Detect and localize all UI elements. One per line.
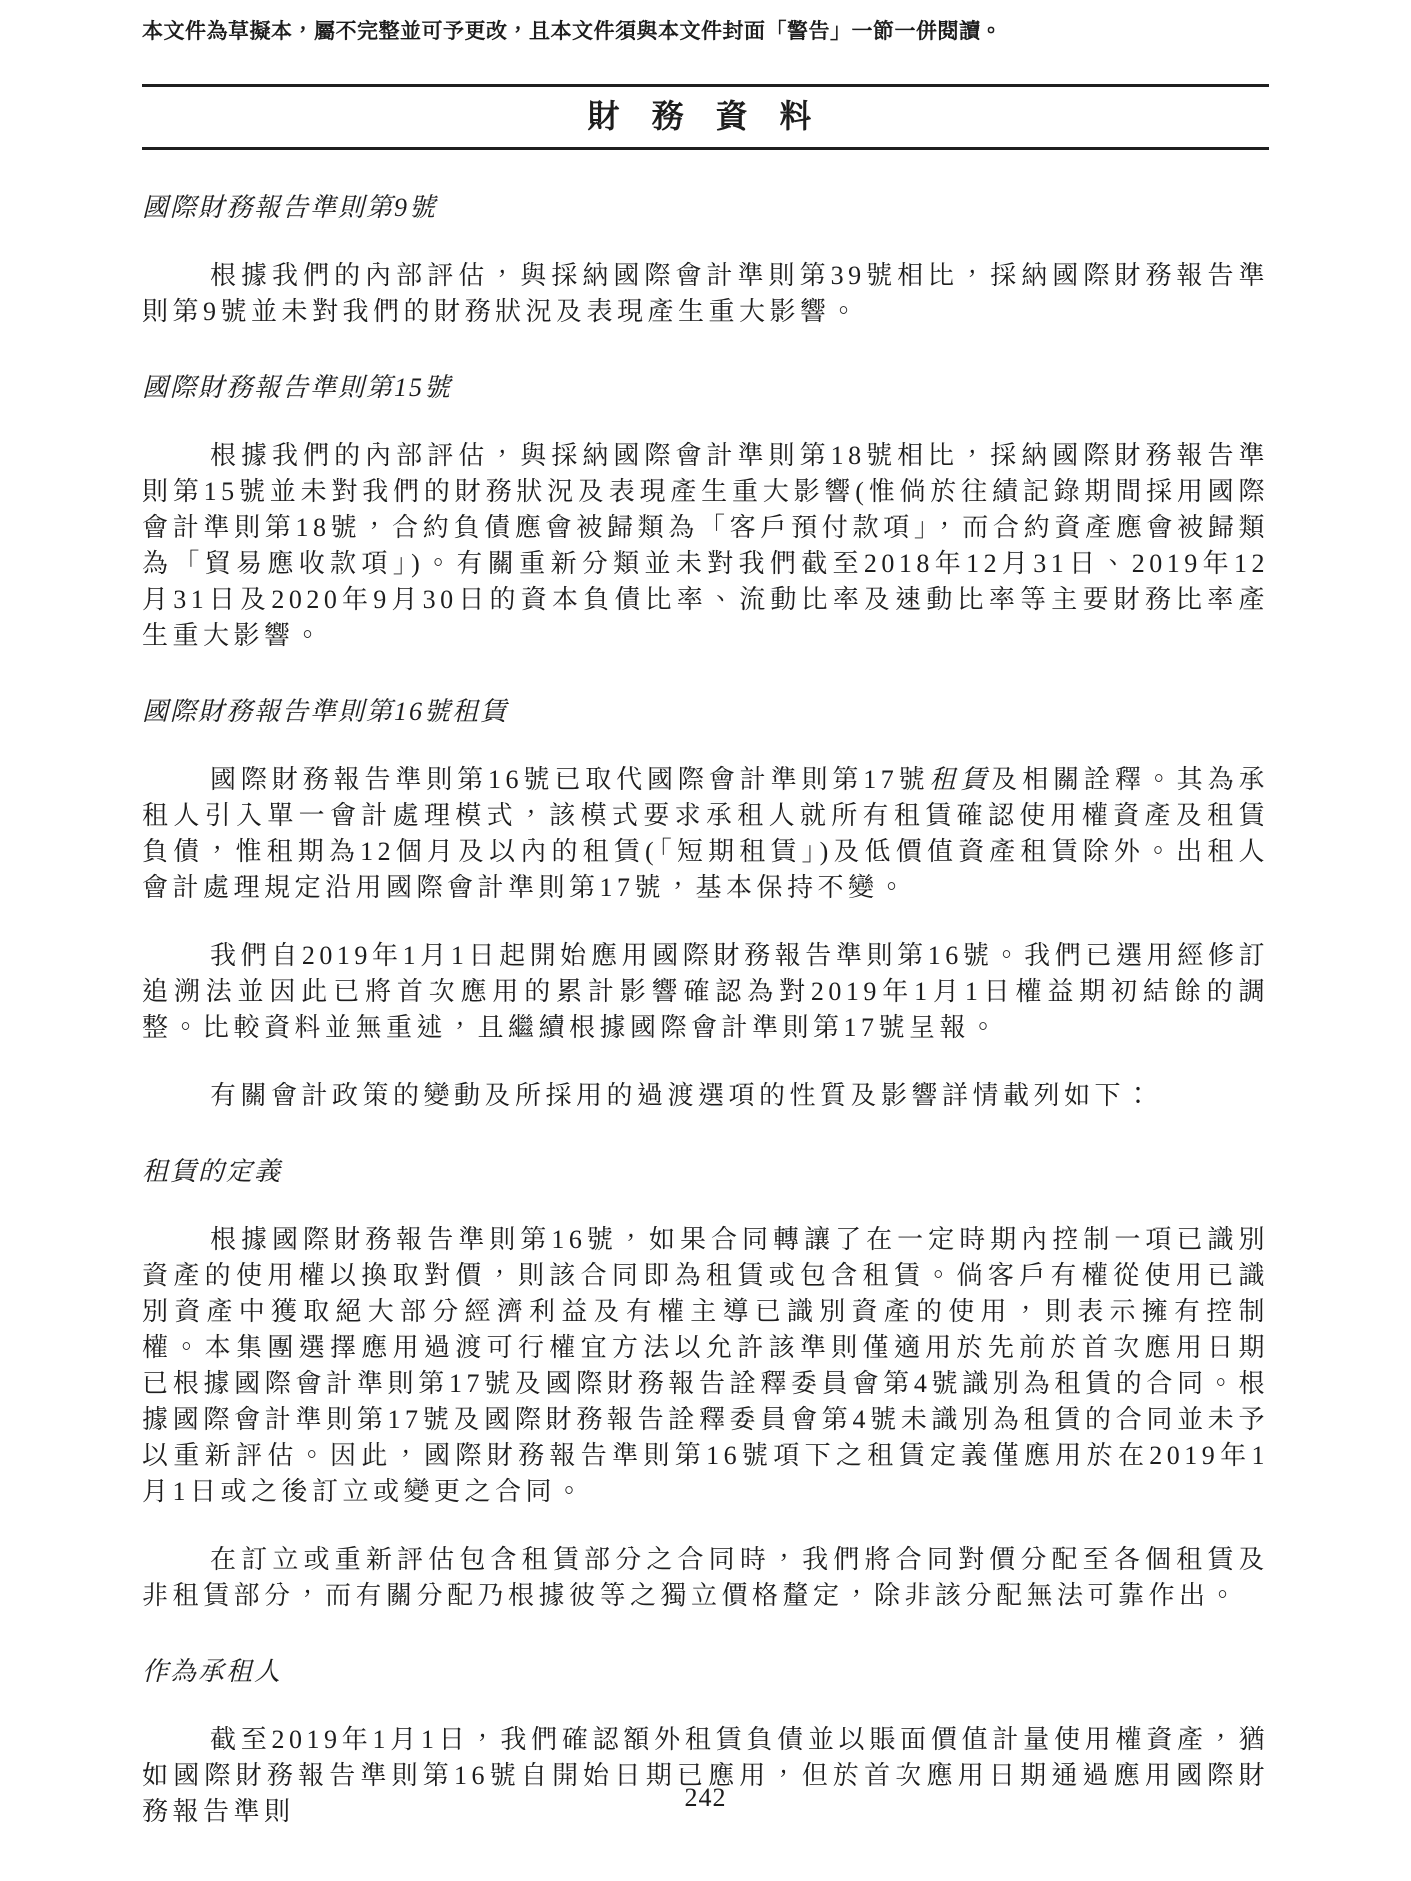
section-ifrs9: 國際財務報告準則第9號 根據我們的內部評估，與採納國際會計準則第39號相比，採納…: [142, 190, 1269, 330]
paragraph: 在訂立或重新評估包含租賃部分之合同時，我們將合同對價分配至各個租賃及非租賃部分，…: [142, 1542, 1269, 1614]
section-heading-ifrs15: 國際財務報告準則第15號: [142, 370, 1269, 406]
paragraph-text: 國際財務報告準則第16號已取代國際會計準則第17號: [210, 765, 930, 794]
section-heading-ifrs16: 國際財務報告準則第16號租賃: [142, 694, 1269, 730]
draft-disclaimer-notice: 本文件為草擬本，屬不完整並可予更改，且本文件須與本文件封面「警告」一節一併閱讀。: [142, 16, 1269, 46]
section-heading-ifrs9: 國際財務報告準則第9號: [142, 190, 1269, 226]
title-block: 財 務 資 料: [142, 84, 1269, 150]
paragraph: 根據我們的內部評估，與採納國際會計準則第18號相比，採納國際財務報告準則第15號…: [142, 438, 1269, 654]
page-title: 財 務 資 料: [142, 96, 1269, 136]
section-lease-definition: 租賃的定義 根據國際財務報告準則第16號，如果合同轉讓了在一定時期內控制一項已識…: [142, 1154, 1269, 1614]
paragraph: 我們自2019年1月1日起開始應用國際財務報告準則第16號。我們已選用經修訂追溯…: [142, 938, 1269, 1046]
section-heading-lease-definition: 租賃的定義: [142, 1154, 1269, 1190]
document-page: 本文件為草擬本，屬不完整並可予更改，且本文件須與本文件封面「警告」一節一併閱讀。…: [0, 0, 1411, 1881]
paragraph: 根據我們的內部評估，與採納國際會計準則第39號相比，採納國際財務報告準則第9號並…: [142, 258, 1269, 330]
paragraph: 根據國際財務報告準則第16號，如果合同轉讓了在一定時期內控制一項已識別資產的使用…: [142, 1222, 1269, 1510]
page-number: 242: [0, 1783, 1411, 1813]
standard-name-italic: 租賃: [930, 765, 992, 794]
section-ifrs15: 國際財務報告準則第15號 根據我們的內部評估，與採納國際會計準則第18號相比，採…: [142, 370, 1269, 654]
paragraph: 截至2019年1月1日，我們確認額外租賃負債並以賬面價值計量使用權資產，猶如國際…: [142, 1722, 1269, 1830]
paragraph: 國際財務報告準則第16號已取代國際會計準則第17號租賃及相關詮釋。其為承租人引入…: [142, 762, 1269, 906]
paragraph: 有關會計政策的變動及所採用的過渡選項的性質及影響詳情載列如下：: [142, 1078, 1269, 1114]
section-heading-as-lessee: 作為承租人: [142, 1654, 1269, 1690]
section-ifrs16-leases: 國際財務報告準則第16號租賃 國際財務報告準則第16號已取代國際會計準則第17號…: [142, 694, 1269, 1114]
